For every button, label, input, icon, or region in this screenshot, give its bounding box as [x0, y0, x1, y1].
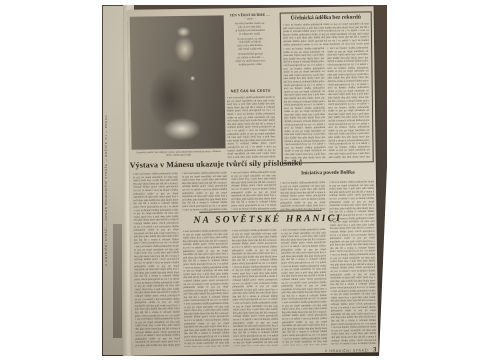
portrait-photo: [130, 15, 226, 149]
footer-page-number: 3: [373, 346, 376, 353]
box-lead-text: v noci na hranici služba pohraniční strá…: [283, 22, 369, 45]
poem-line: náš věrný voják sedí.: [226, 47, 274, 51]
banner-headline: NA SOVĚTSKÉ HRANICI: [193, 214, 327, 226]
poem-byline: — verše —: [226, 17, 274, 21]
text-column: v noci na hranici služba pohraniční strá…: [231, 171, 277, 212]
iniciativa-headline: Iniciativa povede Bolíka: [282, 169, 374, 179]
box-headline: Účelnická údělka bez rekordů: [281, 14, 371, 21]
banner-headline-block: NA SOVĚTSKÉ HRANICI: [193, 210, 327, 231]
poem-line: je odkazem i stráži.: [226, 32, 274, 36]
text-column: v noci na hranici služba pohraniční strá…: [133, 172, 180, 348]
poem-line: stojíme pevně, věrně.: [226, 63, 274, 67]
box-text-column: v noci na hranici služba pohraniční strá…: [283, 47, 326, 160]
text-column: v noci na hranici služba pohraniční strá…: [280, 181, 325, 211]
boxed-article: Účelnická údělka bez rekordů v noci na h…: [280, 11, 374, 163]
previous-page-edge: V HRANIČNÍ STRÁŽI — ORGÁN POHRANIČNÍ STR…: [103, 6, 123, 355]
poem-column: JEN VĚRNÍ BUĎME ... — verše — Jen věrni …: [226, 13, 275, 88]
mid-column-subhead: NEŽ ČAS NA CESTU: [227, 89, 275, 95]
text-column: v noci na hranici služba pohraniční strá…: [281, 228, 328, 346]
newspaper-page: Zasloužilý umělec při zahájení výstavy p…: [128, 6, 379, 355]
text-column: v noci na hranici služba pohraniční strá…: [227, 96, 276, 159]
box-text-column: v noci na hranici služba pohraniční strá…: [327, 46, 370, 159]
footer-label: V HRANIČNÍ STRÁŽI: [325, 348, 369, 353]
text-column: v noci na hranici služba pohraniční strá…: [329, 180, 376, 345]
newspaper-photo: V HRANIČNÍ STRÁŽI — ORGÁN POHRANIČNÍ STR…: [102, 5, 387, 356]
text-column: v noci na hranici služba pohraniční strá…: [232, 229, 279, 347]
spine-imprint-text: V HRANIČNÍ STRÁŽI — ORGÁN POHRANIČNÍ STR…: [104, 16, 110, 266]
text-column: v noci na hranici služba pohraniční strá…: [183, 229, 230, 347]
text-column: v noci na hranici služba pohraniční strá…: [182, 171, 228, 212]
page-footer: V HRANIČNÍ STRÁŽI 3: [282, 346, 376, 356]
photograph-canvas: V HRANIČNÍ STRÁŽI — ORGÁN POHRANIČNÍ STR…: [0, 0, 480, 360]
previous-page-photo-strip: [113, 224, 122, 338]
